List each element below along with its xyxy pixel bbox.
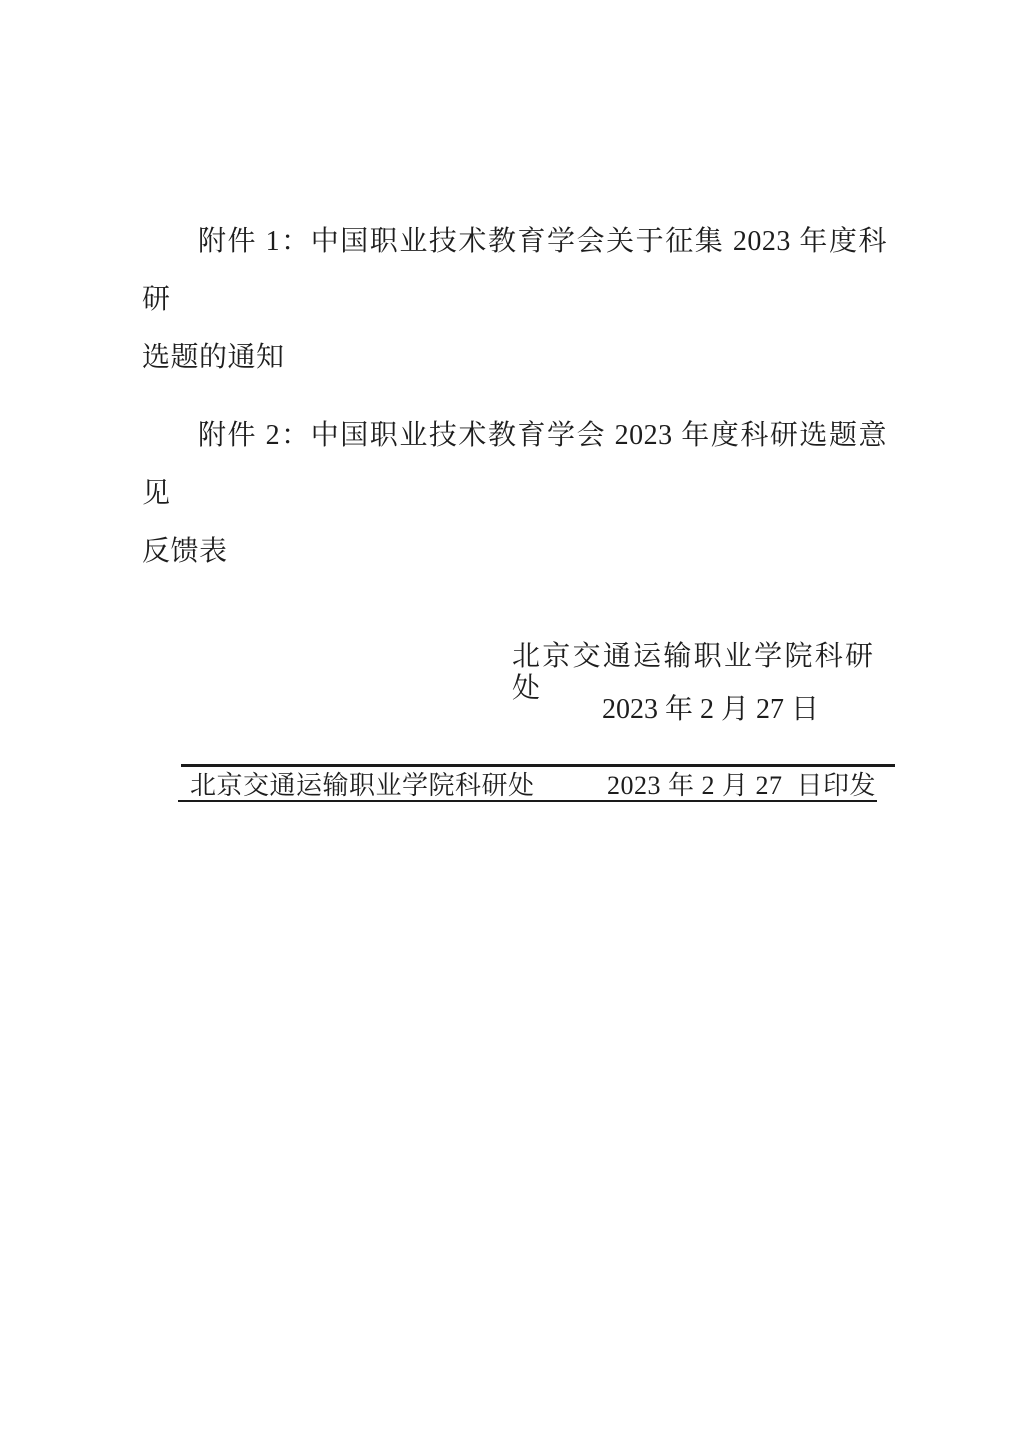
footer-print-date: 2023 年 2 月 27 日印发 (607, 771, 876, 801)
signature-date: 2023 年 2 月 27 日 (602, 694, 828, 726)
document-page: 附件 1：中国职业技术教育学会关于征集 2023 年度科研 选题的通知 附件 2… (0, 0, 1024, 1448)
attachment-2-line-1: 附件 2：中国职业技术教育学会 2023 年度科研选题意见 (142, 407, 887, 523)
attachment-2-line-2: 反馈表 (142, 523, 887, 581)
footer-rule-top (181, 764, 895, 767)
footer-rule-bottom (178, 800, 877, 802)
attachment-1-line-2: 选题的通知 (142, 329, 887, 387)
attachment-ref-1: 附件 1：中国职业技术教育学会关于征集 2023 年度科研 选题的通知 (142, 213, 887, 387)
body-text: 附件 1：中国职业技术教育学会关于征集 2023 年度科研 选题的通知 附件 2… (142, 213, 887, 581)
footer-org: 北京交通运输职业学院科研处 (190, 771, 535, 801)
attachment-ref-2: 附件 2：中国职业技术教育学会 2023 年度科研选题意见 反馈表 (142, 407, 887, 581)
attachment-1-line-1: 附件 1：中国职业技术教育学会关于征集 2023 年度科研 (142, 213, 887, 329)
